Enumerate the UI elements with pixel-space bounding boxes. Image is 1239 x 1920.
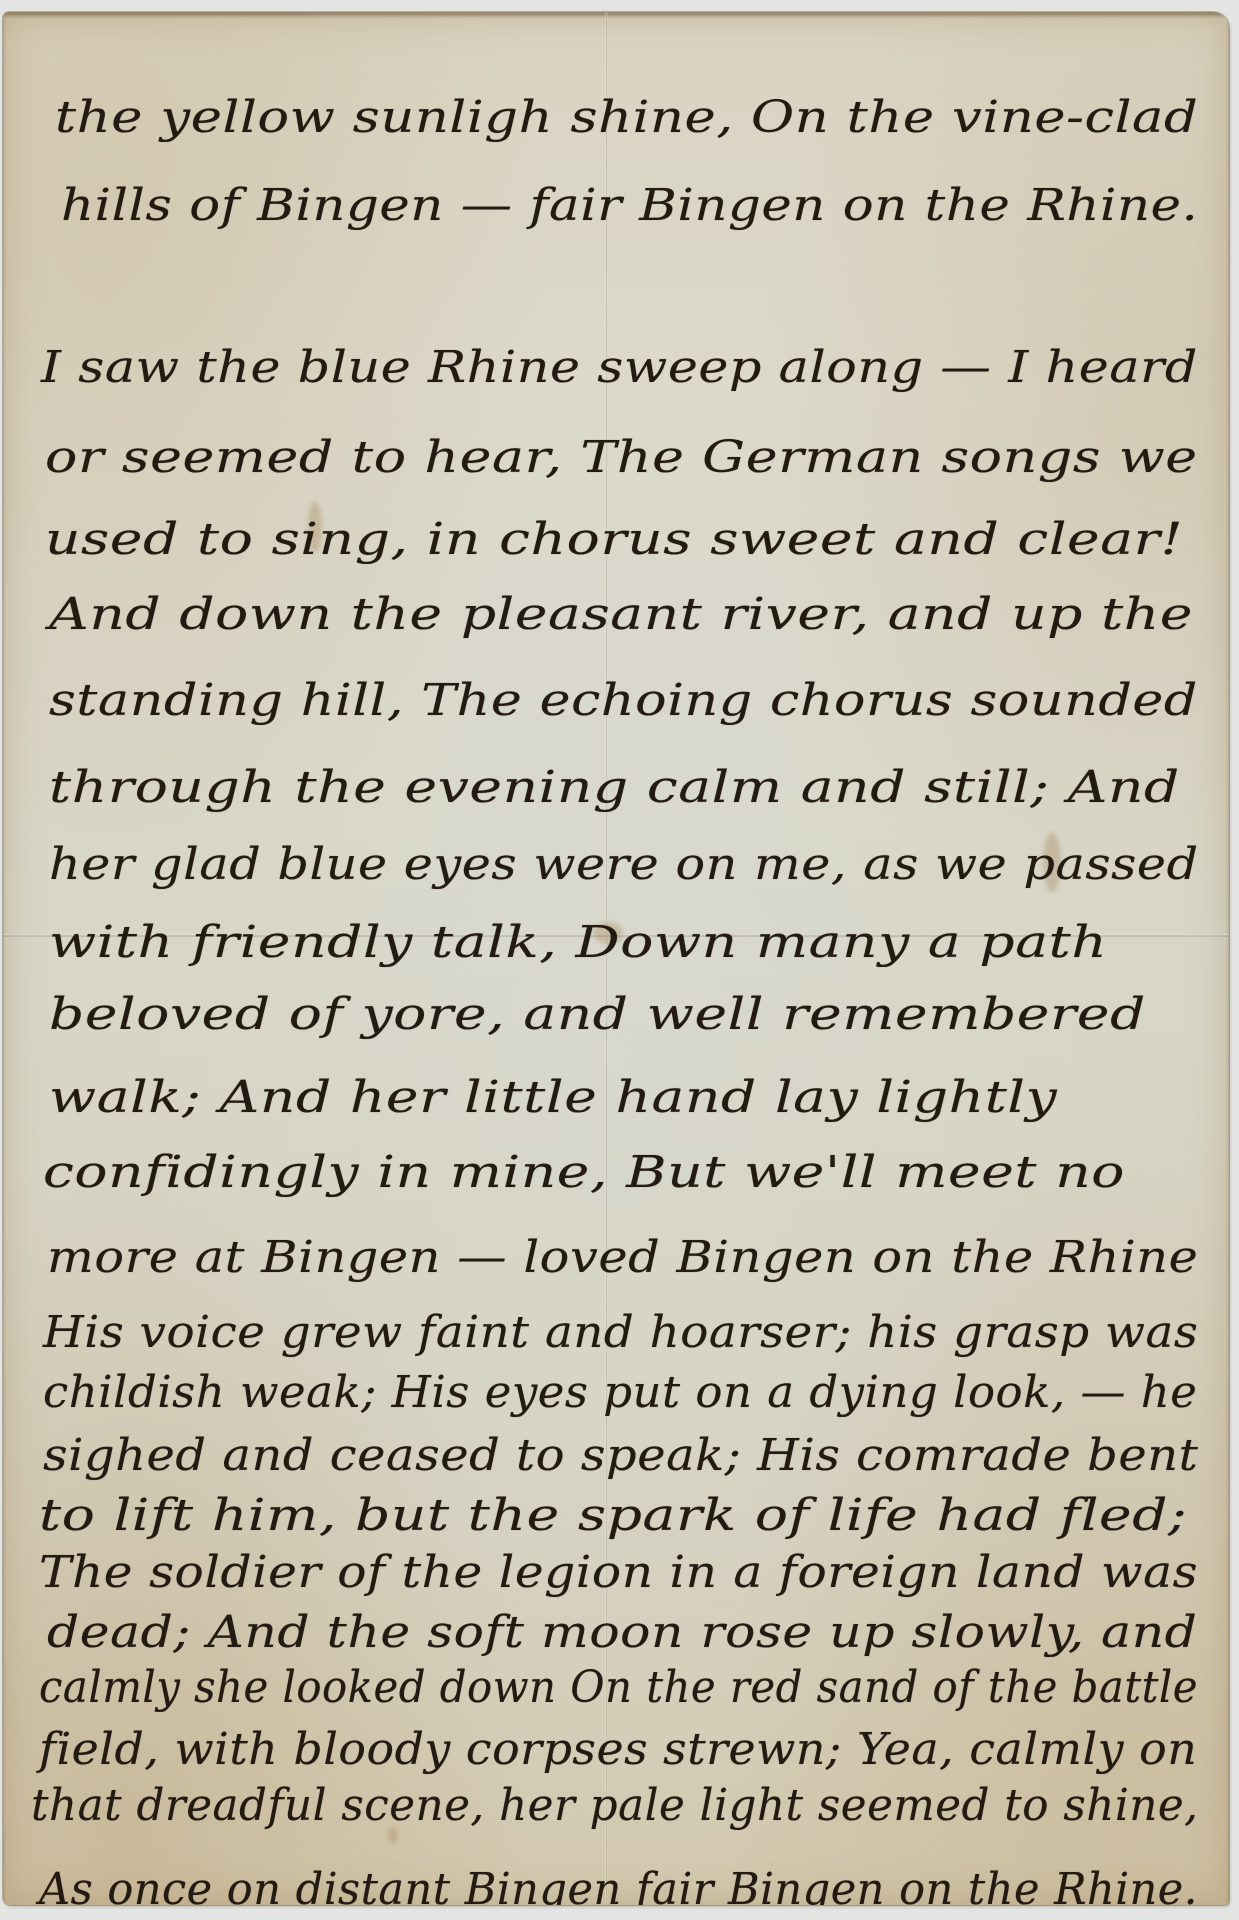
text-line: sighed and ceased to speak; His comrade … — [43, 1430, 1198, 1481]
text-line: And down the pleasant river, and up the — [49, 589, 1193, 640]
text-line: to lift him, but the spark of life had f… — [39, 1490, 1187, 1541]
text-line: hills of Bingen — fair Bingen on the Rhi… — [61, 180, 1198, 231]
text-line: that dreadful scene, her pale light seem… — [31, 1780, 1199, 1831]
text-line: through the evening calm and still; And — [49, 762, 1180, 813]
text-line: The soldier of the legion in a foreign l… — [39, 1547, 1198, 1598]
manuscript-page: the yellow sunligh shine, On the vine-cl… — [3, 12, 1229, 1905]
text-line: As once on distant Bingen fair Bingen on… — [39, 1864, 1198, 1905]
text-line: with friendly talk, Down many a path — [49, 917, 1107, 968]
text-line: calmly she looked down On the red sand o… — [39, 1662, 1198, 1713]
text-line: walk; And her little hand lay lightly — [49, 1072, 1057, 1123]
text-line: beloved of yore, and well remembered — [49, 989, 1146, 1040]
text-line: more at Bingen — loved Bingen on the Rhi… — [47, 1232, 1198, 1283]
text-line: used to sing, in chorus sweet and clear! — [45, 514, 1183, 565]
text-line: field, with bloody corpses strewn; Yea, … — [39, 1724, 1197, 1775]
text-line: or seemed to hear, The German songs we — [45, 432, 1198, 483]
text-line: His voice grew faint and hoarser; his gr… — [43, 1307, 1198, 1358]
text-line: dead; And the soft moon rose up slowly, … — [47, 1607, 1197, 1658]
text-line: I saw the blue Rhine sweep along — I hea… — [41, 342, 1198, 393]
text-line: standing hill, The echoing chorus sounde… — [49, 675, 1198, 726]
text-line: childish weak; His eyes put on a dying l… — [43, 1367, 1197, 1418]
handwritten-text: the yellow sunligh shine, On the vine-cl… — [3, 12, 1229, 1905]
text-line: the yellow sunligh shine, On the vine-cl… — [55, 92, 1198, 143]
text-line: her glad blue eyes were on me, as we pas… — [49, 839, 1199, 890]
text-line: confidingly in mine, But we'll meet no — [43, 1147, 1125, 1198]
